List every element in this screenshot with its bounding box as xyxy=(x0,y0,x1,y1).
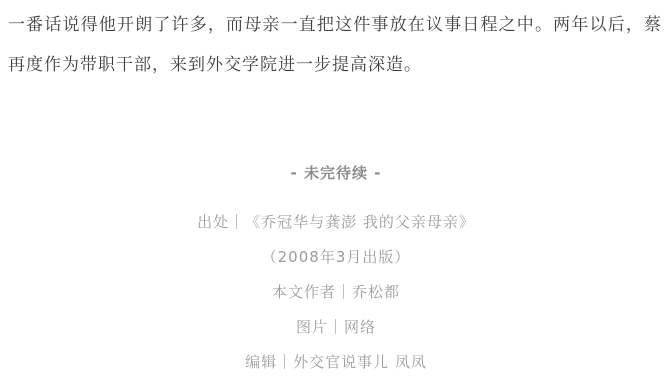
credit-editor-line: 编辑｜外交官说事儿 凤凤 xyxy=(0,345,672,376)
credit-publish-date-line: （2008年3月出版） xyxy=(0,240,672,275)
article-paragraph: 一番话说得他开朗了许多，而母亲一直把这件事放在议事日程之中。两年以后，蔡再度作为… xyxy=(0,0,672,85)
credit-author-line: 本文作者｜乔松都 xyxy=(0,275,672,310)
credit-image-source-line: 图片｜网络 xyxy=(0,310,672,345)
article-page: 一番话说得他开朗了许多，而母亲一直把这件事放在议事日程之中。两年以后，蔡再度作为… xyxy=(0,0,672,376)
article-footer-credits: 出处｜《乔冠华与龚澎 我的父亲母亲》 （2008年3月出版） 本文作者｜乔松都 … xyxy=(0,205,672,376)
to-be-continued-label: - 未完待续 - xyxy=(0,163,672,183)
credit-source-line: 出处｜《乔冠华与龚澎 我的父亲母亲》 xyxy=(0,205,672,240)
